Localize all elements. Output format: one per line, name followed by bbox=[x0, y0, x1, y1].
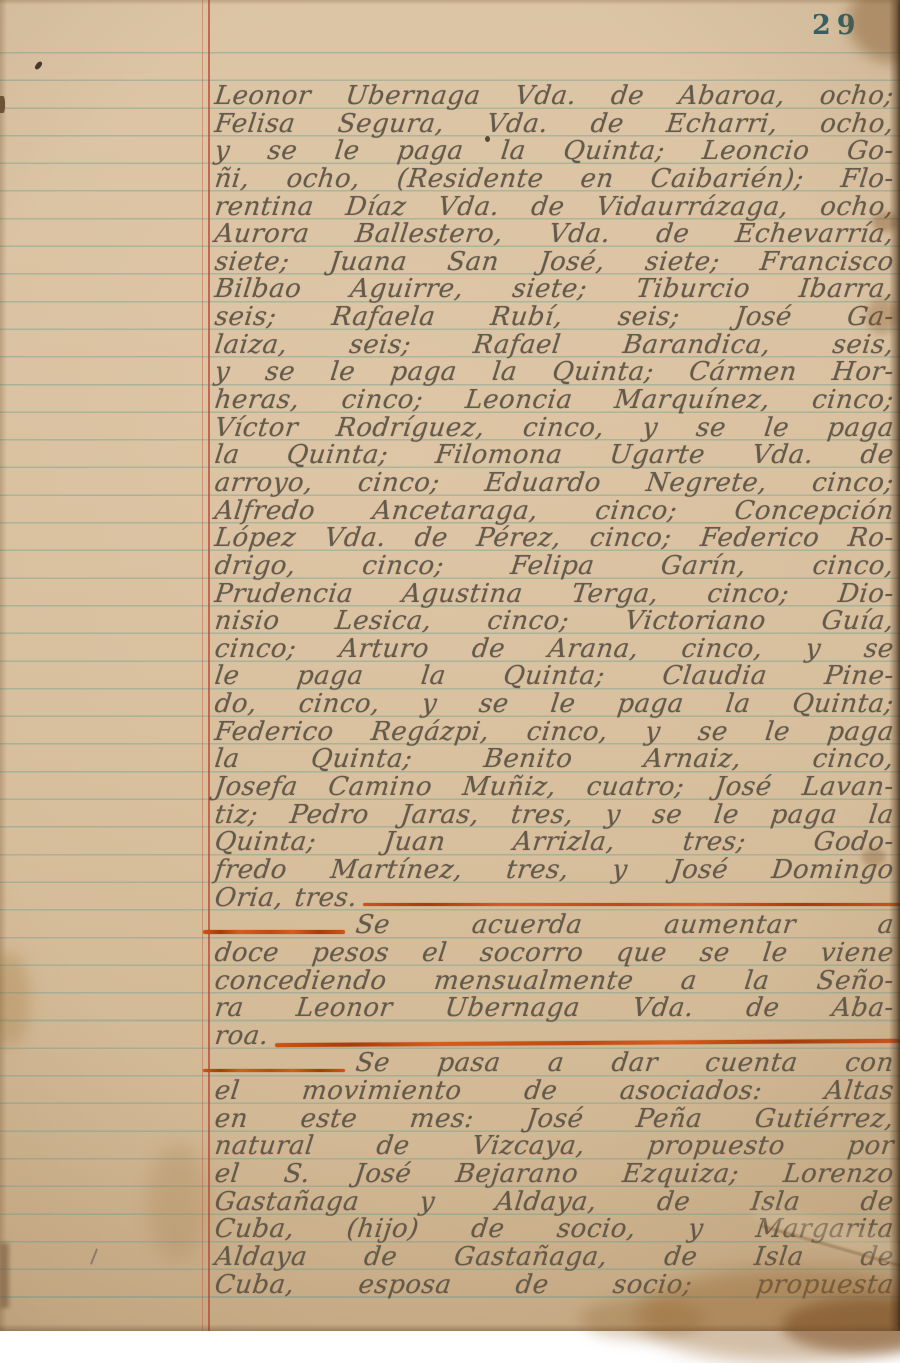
handwritten-text: concediendo mensualmente a la Seño- bbox=[213, 968, 895, 996]
manuscript-line: ra Leonor Ubernaga Vda. de Aba- bbox=[213, 995, 892, 1023]
manuscript-line: drigo, cinco; Felipa Garín, cinco, bbox=[213, 553, 892, 581]
handwritten-text: Víctor Rodríguez, cinco, y se le paga bbox=[213, 415, 895, 443]
manuscript-line: Víctor Rodríguez, cinco, y se le paga bbox=[213, 415, 892, 443]
handwritten-text: Quinta; Juan Arrizla, tres; Godo- bbox=[213, 829, 895, 857]
red-fill-line bbox=[363, 903, 900, 907]
manuscript-line: concediendo mensualmente a la Seño- bbox=[213, 968, 892, 996]
manuscript-line: nisio Lesica, cinco; Victoriano Guía, bbox=[213, 608, 892, 636]
handwritten-text: laiza, seis; Rafael Barandica, seis, bbox=[213, 332, 895, 360]
manuscript-line: tiz; Pedro Jaras, tres, y se le paga la bbox=[213, 802, 892, 830]
page-number: 29 bbox=[812, 10, 862, 41]
manuscript-line: Aldaya de Gastañaga, de Isla de bbox=[213, 1244, 892, 1272]
handwritten-text: seis; Rafaela Rubí, seis; José Ga- bbox=[213, 304, 895, 332]
manuscript-line: do, cinco, y se le paga la Quinta; bbox=[213, 691, 892, 719]
manuscript-line: y se le paga la Quinta; Leoncio Go- bbox=[213, 138, 892, 166]
manuscript-line: López Vda. de Pérez, cinco; Federico Ro- bbox=[213, 525, 892, 553]
handwritten-text: Cuba, esposa de socio; propuesta bbox=[213, 1272, 895, 1300]
handwritten-text: Oria, tres. bbox=[213, 885, 359, 913]
manuscript-line: la Quinta; Filomona Ugarte Vda. de bbox=[213, 442, 892, 470]
handwritten-text: siete; Juana San José, siete; Francisco bbox=[213, 249, 895, 277]
page-edge-bottom bbox=[0, 1324, 900, 1331]
handwritten-text: natural de Vizcaya, propuesto por bbox=[213, 1133, 895, 1161]
manuscript-line: Josefa Camino Muñiz, cuatro; José Lavan- bbox=[213, 774, 892, 802]
manuscript-line: ñi, ocho, (Residente en Caibarién); Flo- bbox=[213, 166, 892, 194]
manuscript-line: laiza, seis; Rafael Barandica, seis, bbox=[213, 332, 892, 360]
handwritten-text: en este mes: José Peña Gutiérrez, bbox=[213, 1106, 895, 1134]
red-fill-line bbox=[203, 930, 345, 934]
handwritten-text: drigo, cinco; Felipa Garín, cinco, bbox=[213, 553, 895, 581]
handwritten-text: Se pasa a dar cuenta con bbox=[354, 1050, 895, 1078]
manuscript-line: la Quinta; Benito Arnaiz, cinco, bbox=[213, 746, 892, 774]
handwritten-text: Bilbao Aguirre, siete; Tiburcio Ibarra, bbox=[213, 276, 895, 304]
handwritten-text: Prudencia Agustina Terga, cinco; Dio- bbox=[213, 581, 895, 609]
manuscript-line: rentina Díaz Vda. de Vidaurrázaga, ocho, bbox=[213, 194, 892, 222]
handwritten-text: Aldaya de Gastañaga, de Isla de bbox=[213, 1244, 895, 1272]
red-fill-line bbox=[275, 1039, 900, 1047]
handwritten-text: y se le paga la Quinta; Cármen Hor- bbox=[213, 359, 895, 387]
manuscript-line: arroyo, cinco; Eduardo Negrete, cinco; bbox=[213, 470, 892, 498]
handwritten-text: Se acuerda aumentar a bbox=[354, 912, 895, 940]
manuscript-line: Se acuerda aumentar a bbox=[213, 912, 892, 940]
manuscript-line: Felisa Segura, Vda. de Echarri, ocho, bbox=[213, 111, 892, 139]
handwritten-text: y se le paga la Quinta; Leoncio Go- bbox=[213, 138, 895, 166]
manuscript-line: heras, cinco; Leoncia Marquínez, cinco; bbox=[213, 387, 892, 415]
handwritten-text: la Quinta; Filomona Ugarte Vda. de bbox=[213, 442, 895, 470]
handwritten-text: López Vda. de Pérez, cinco; Federico Ro- bbox=[213, 525, 895, 553]
red-margin-line bbox=[202, 0, 203, 1331]
handwritten-text: cinco; Arturo de Arana, cinco, y se bbox=[213, 636, 895, 664]
manuscript-line: fredo Martínez, tres, y José Domingo bbox=[213, 857, 892, 885]
manuscript-line: Leonor Ubernaga Vda. de Abaroa, ocho; bbox=[213, 83, 892, 111]
manuscript-line: Cuba, esposa de socio; propuesta bbox=[213, 1272, 892, 1300]
handwritten-text: tiz; Pedro Jaras, tres, y se le paga la bbox=[213, 802, 895, 830]
manuscript-line: Oria, tres. bbox=[213, 885, 892, 913]
manuscript-line: le paga la Quinta; Claudia Pine- bbox=[213, 663, 892, 691]
red-margin-line bbox=[208, 0, 210, 1331]
handwritten-text: rentina Díaz Vda. de Vidaurrázaga, ocho, bbox=[213, 194, 895, 222]
handwritten-text: ñi, ocho, (Residente en Caibarién); Flo- bbox=[213, 166, 895, 194]
handwritten-text: Leonor Ubernaga Vda. de Abaroa, ocho; bbox=[213, 83, 895, 111]
page-edge-right bbox=[889, 0, 900, 1331]
handwritten-text: Alfredo Ancetaraga, cinco; Concepción bbox=[213, 498, 895, 526]
manuscript-line: y se le paga la Quinta; Cármen Hor- bbox=[213, 359, 892, 387]
manuscript-line: Federico Regázpi, cinco, y se le paga bbox=[213, 719, 892, 747]
manuscript-line: Se pasa a dar cuenta con bbox=[213, 1050, 892, 1078]
handwritten-text: la Quinta; Benito Arnaiz, cinco, bbox=[213, 746, 895, 774]
handwritten-text: roa. bbox=[213, 1023, 270, 1051]
handwritten-text: Federico Regázpi, cinco, y se le paga bbox=[213, 719, 895, 747]
manuscript-line: Aurora Ballestero, Vda. de Echevarría, bbox=[213, 221, 892, 249]
handwritten-text: el movimiento de asociados: Altas bbox=[213, 1078, 895, 1106]
manuscript-line: doce pesos el socorro que se le viene bbox=[213, 940, 892, 968]
red-fill-line bbox=[203, 1069, 345, 1073]
manuscript-line: en este mes: José Peña Gutiérrez, bbox=[213, 1106, 892, 1134]
handwritten-text: doce pesos el socorro que se le viene bbox=[213, 940, 895, 968]
manuscript-line: roa. bbox=[213, 1023, 892, 1051]
handwritten-text: le paga la Quinta; Claudia Pine- bbox=[213, 663, 895, 691]
manuscript-line: Quinta; Juan Arrizla, tres; Godo- bbox=[213, 829, 892, 857]
manuscript-line: cinco; Arturo de Arana, cinco, y se bbox=[213, 636, 892, 664]
manuscript-line: siete; Juana San José, siete; Francisco bbox=[213, 249, 892, 277]
handwritten-text: nisio Lesica, cinco; Victoriano Guía, bbox=[213, 608, 895, 636]
manuscript-line: Prudencia Agustina Terga, cinco; Dio- bbox=[213, 581, 892, 609]
page-edge-left bbox=[0, 0, 7, 1331]
handwritten-text: fredo Martínez, tres, y José Domingo bbox=[213, 857, 895, 885]
manuscript-line: Bilbao Aguirre, siete; Tiburcio Ibarra, bbox=[213, 276, 892, 304]
manuscript-line: seis; Rafaela Rubí, seis; José Ga- bbox=[213, 304, 892, 332]
handwritten-text: heras, cinco; Leoncia Marquínez, cinco; bbox=[213, 387, 895, 415]
handwritten-text: Felisa Segura, Vda. de Echarri, ocho, bbox=[213, 111, 895, 139]
manuscript-line: natural de Vizcaya, propuesto por bbox=[213, 1133, 892, 1161]
handwritten-text: ra Leonor Ubernaga Vda. de Aba- bbox=[213, 995, 895, 1023]
manuscript-line: Alfredo Ancetaraga, cinco; Concepción bbox=[213, 498, 892, 526]
manuscript-line: el movimiento de asociados: Altas bbox=[213, 1078, 892, 1106]
ink-fleck bbox=[485, 136, 490, 142]
handwritten-text: Aurora Ballestero, Vda. de Echevarría, bbox=[213, 221, 895, 249]
manuscript-line: el S. José Bejarano Ezquiza; Lorenzo bbox=[213, 1161, 892, 1189]
handwritten-text: do, cinco, y se le paga la Quinta; bbox=[213, 691, 895, 719]
handwritten-text: el S. José Bejarano Ezquiza; Lorenzo bbox=[213, 1161, 895, 1189]
handwritten-text: arroyo, cinco; Eduardo Negrete, cinco; bbox=[213, 470, 895, 498]
handwritten-text: Josefa Camino Muñiz, cuatro; José Lavan- bbox=[213, 774, 895, 802]
ledger-page: 29 Leonor Ubernaga Vda. de Abaroa, ocho;… bbox=[0, 0, 900, 1331]
page-edge-top bbox=[0, 0, 900, 5]
manuscript: Leonor Ubernaga Vda. de Abaroa, ocho;Fel… bbox=[213, 83, 892, 1299]
